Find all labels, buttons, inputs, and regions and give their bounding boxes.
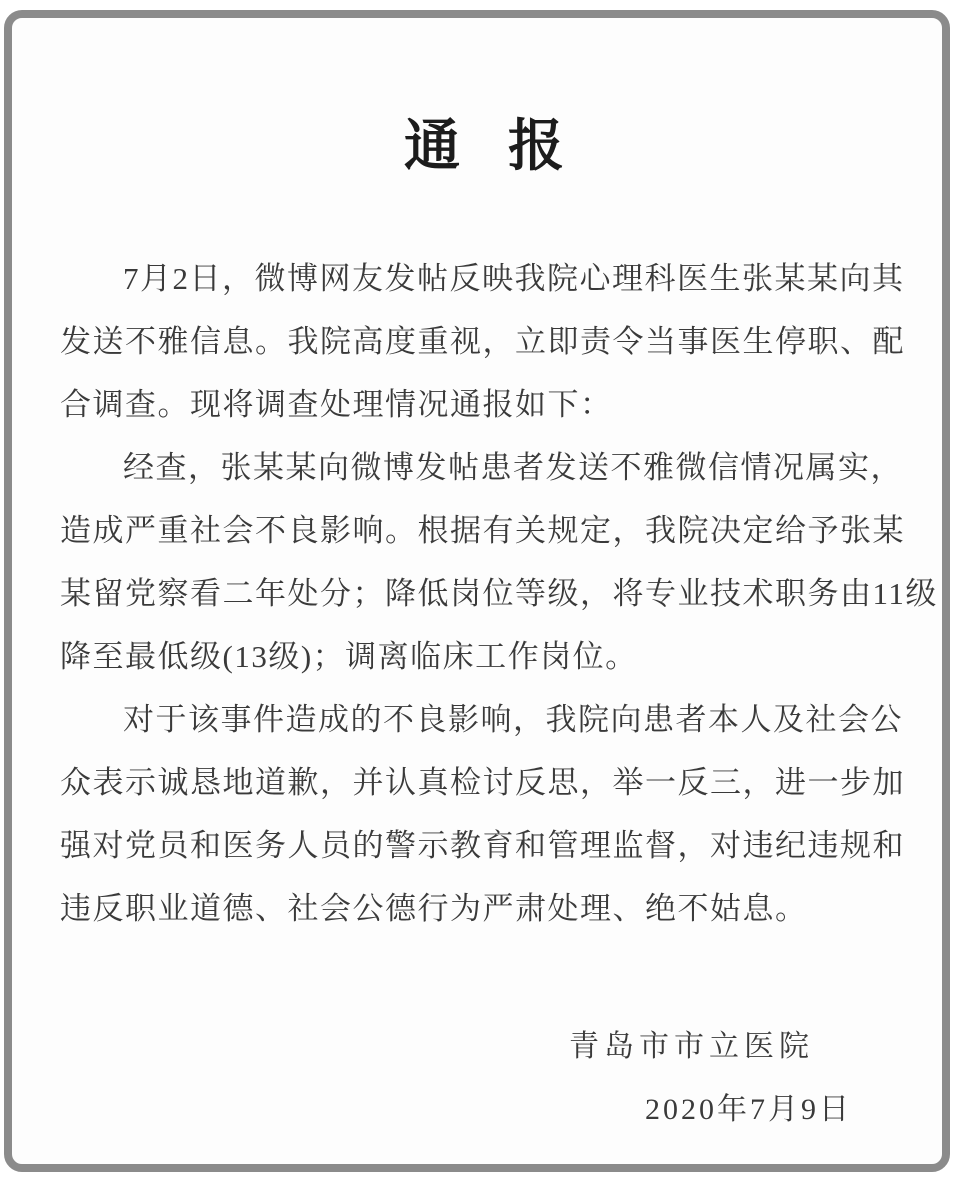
notice-line: 某留党察看二年处分；降低岗位等级，将专业技术职务由11级 [60, 559, 910, 622]
notice-line: 众表示诚恳地道歉，并认真检讨反思，举一反三，进一步加 [60, 748, 910, 811]
notice-document: 通 报 7月2日，微博网友发帖反映我院心理科医生张某某向其 发送不雅信息。我院高… [4, 10, 950, 1172]
notice-line: 合调查。现将调查处理情况通报如下： [60, 370, 910, 433]
notice-line: 对于该事件造成的不良影响，我院向患者本人及社会公 [60, 685, 910, 748]
notice-line: 违反职业道德、社会公德行为严肃处理、绝不姑息。 [60, 874, 910, 937]
notice-date: 2020年7月9日 [60, 1074, 910, 1137]
notice-line: 7月2日，微博网友发帖反映我院心理科医生张某某向其 [60, 244, 910, 307]
notice-line: 发送不雅信息。我院高度重视，立即责令当事医生停职、配 [60, 307, 910, 370]
notice-body: 7月2日，微博网友发帖反映我院心理科医生张某某向其 发送不雅信息。我院高度重视，… [60, 244, 910, 937]
notice-line: 经查，张某某向微博发帖患者发送不雅微信情况属实， [60, 433, 910, 496]
notice-title: 通 报 [60, 114, 910, 180]
notice-line: 造成严重社会不良影响。根据有关规定，我院决定给予张某 [60, 496, 910, 559]
notice-line: 降至最低级(13级)；调离临床工作岗位。 [60, 622, 910, 685]
notice-line: 强对党员和医务人员的警示教育和管理监督，对违纪违规和 [60, 811, 910, 874]
notice-signature: 青岛市市立医院 [60, 1011, 910, 1074]
notice-signature-block: 青岛市市立医院 2020年7月9日 [60, 1011, 910, 1137]
